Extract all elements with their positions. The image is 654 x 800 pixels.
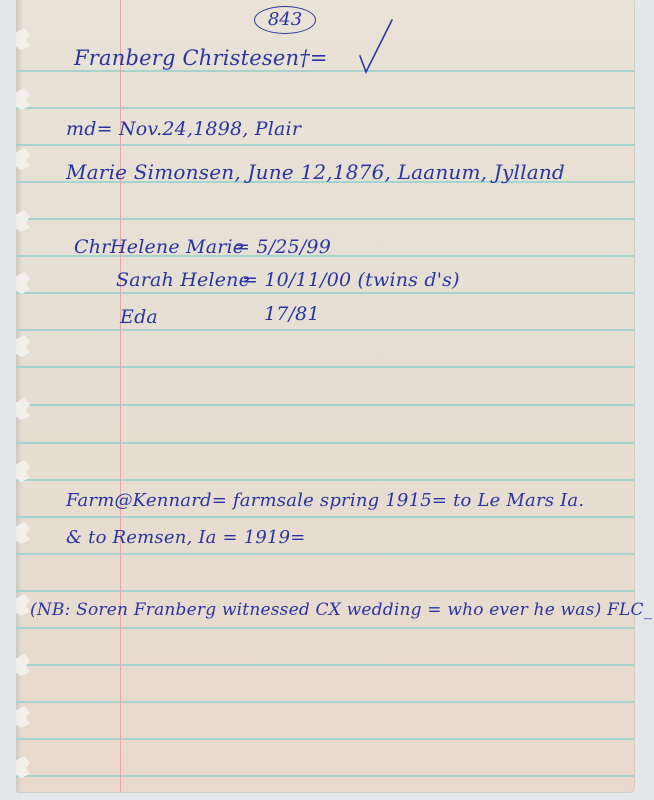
rule-line: [16, 627, 634, 629]
punch-hole: [16, 148, 30, 170]
farm-note-line-1: Farm@Kennard= farmsale spring 1915= to L…: [66, 490, 584, 511]
rule-line: [16, 701, 634, 703]
nb-note: (NB: Soren Franberg witnessed CX wedding…: [30, 600, 652, 620]
rule-line: [16, 329, 634, 331]
child-date: = 10/11/00 (twins d's): [242, 269, 460, 291]
punch-hole: [16, 88, 30, 110]
child-name: Sarah Helene: [116, 269, 250, 291]
rule-line: [16, 292, 634, 294]
rule-line: [16, 553, 634, 555]
marriage-line: md= Nov.24,1898, Plair: [66, 118, 301, 140]
notebook-page: 843 Franberg Christesen†= md= Nov.24,189…: [16, 0, 634, 792]
rule-line: [16, 775, 634, 777]
entry-heading: Franberg Christesen†=: [74, 46, 328, 70]
spouse-line: Marie Simonsen, June 12,1876, Laanum, Jy…: [66, 160, 565, 184]
farm-note-line-2: & to Remsen, Ia = 1919=: [66, 527, 306, 548]
child-name: Eda: [120, 306, 158, 328]
child-date: = 5/25/99: [234, 236, 331, 258]
child-date: 17/81: [264, 303, 320, 325]
rule-line: [16, 218, 634, 220]
rule-line: [16, 479, 634, 481]
rule-line: [16, 404, 634, 406]
rule-line: [16, 144, 634, 146]
children-label: Chr: [74, 236, 110, 258]
punch-hole: [16, 210, 30, 232]
rule-line: [16, 70, 634, 72]
check-icon: [356, 16, 396, 76]
rule-line: [16, 366, 634, 368]
child-name: Helene Marie: [110, 236, 244, 258]
page-number: 843: [254, 6, 316, 34]
rule-line: [16, 590, 634, 592]
rule-line: [16, 664, 634, 666]
rule-line: [16, 516, 634, 518]
rule-line: [16, 107, 634, 109]
rule-line: [16, 738, 634, 740]
rule-line: [16, 442, 634, 444]
